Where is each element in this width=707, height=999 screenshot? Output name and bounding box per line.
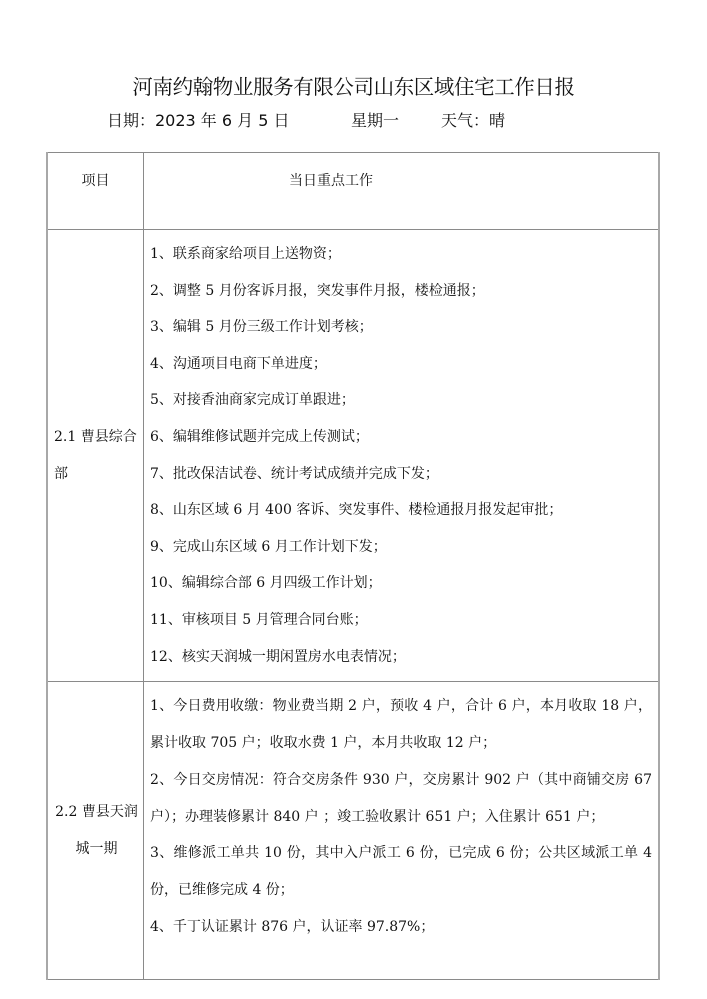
work-item: 7、批改保洁试卷、统计考试成绩并完成下发； xyxy=(150,456,652,493)
work-item: 4、沟通项目电商下单进度； xyxy=(150,346,652,383)
table-header-row: 项目 当日重点工作 xyxy=(47,153,659,230)
report-weekday: 星期一 xyxy=(351,108,399,131)
table-row: 2.2 曹县天润城一期 1、今日费用收缴：物业费当期 2 户，预收 4 户，合计… xyxy=(47,682,659,980)
work-item: 2、调整 5 月份客诉月报，突发事件月报，楼检通报； xyxy=(150,273,652,310)
project-name: 2.1 曹县综合部 xyxy=(48,419,143,492)
work-item: 4、千丁认证累计 876 户，认证率 97.87%； xyxy=(150,909,652,946)
work-item: 1、今日费用收缴：物业费当期 2 户，预收 4 户，合计 6 户，本月收取 18… xyxy=(150,688,652,762)
work-item: 2、今日交房情况：符合交房条件 930 户，交房累计 902 户（其中商铺交房 … xyxy=(150,762,652,836)
header-project: 项目 xyxy=(47,153,144,230)
work-item: 9、完成山东区域 6 月工作计划下发； xyxy=(150,529,652,566)
work-item: 10、编辑综合部 6 月四级工作计划； xyxy=(150,565,652,602)
work-item: 3、编辑 5 月份三级工作计划考核； xyxy=(150,309,652,346)
work-item: 12、核实天润城一期闲置房水电表情况； xyxy=(150,639,652,676)
project-name: 2.2 曹县天润城一期 xyxy=(48,794,143,867)
work-item: 1、联系商家给项目上送物资； xyxy=(150,236,652,273)
work-report-table: 项目 当日重点工作 2.1 曹县综合部 1、联系商家给项目上送物资； 2、调整 … xyxy=(46,152,660,980)
project-cell: 2.2 曹县天润城一期 xyxy=(47,682,144,980)
header-work: 当日重点工作 xyxy=(144,153,660,230)
table-row: 2.1 曹县综合部 1、联系商家给项目上送物资； 2、调整 5 月份客诉月报，突… xyxy=(47,230,659,682)
work-item: 5、对接香油商家完成订单跟进； xyxy=(150,382,652,419)
project-cell: 2.1 曹县综合部 xyxy=(47,230,144,682)
report-title: 河南约翰物业服务有限公司山东区域住宅工作日报 xyxy=(0,70,707,100)
report-date: 日期：2023 年 6 月 5 日 xyxy=(107,108,290,131)
work-item: 6、编辑维修试题并完成上传测试； xyxy=(150,419,652,456)
work-cell: 1、今日费用收缴：物业费当期 2 户，预收 4 户，合计 6 户，本月收取 18… xyxy=(144,682,660,980)
work-item: 3、维修派工单共 10 份，其中入户派工 6 份，已完成 6 份；公共区域派工单… xyxy=(150,835,652,909)
work-item: 8、山东区域 6 月 400 客诉、突发事件、楼检通报月报发起审批； xyxy=(150,492,652,529)
work-cell: 1、联系商家给项目上送物资； 2、调整 5 月份客诉月报，突发事件月报，楼检通报… xyxy=(144,230,660,682)
report-weather: 天气：晴 xyxy=(441,108,505,131)
work-item: 11、审核项目 5 月管理合同台账； xyxy=(150,602,652,639)
